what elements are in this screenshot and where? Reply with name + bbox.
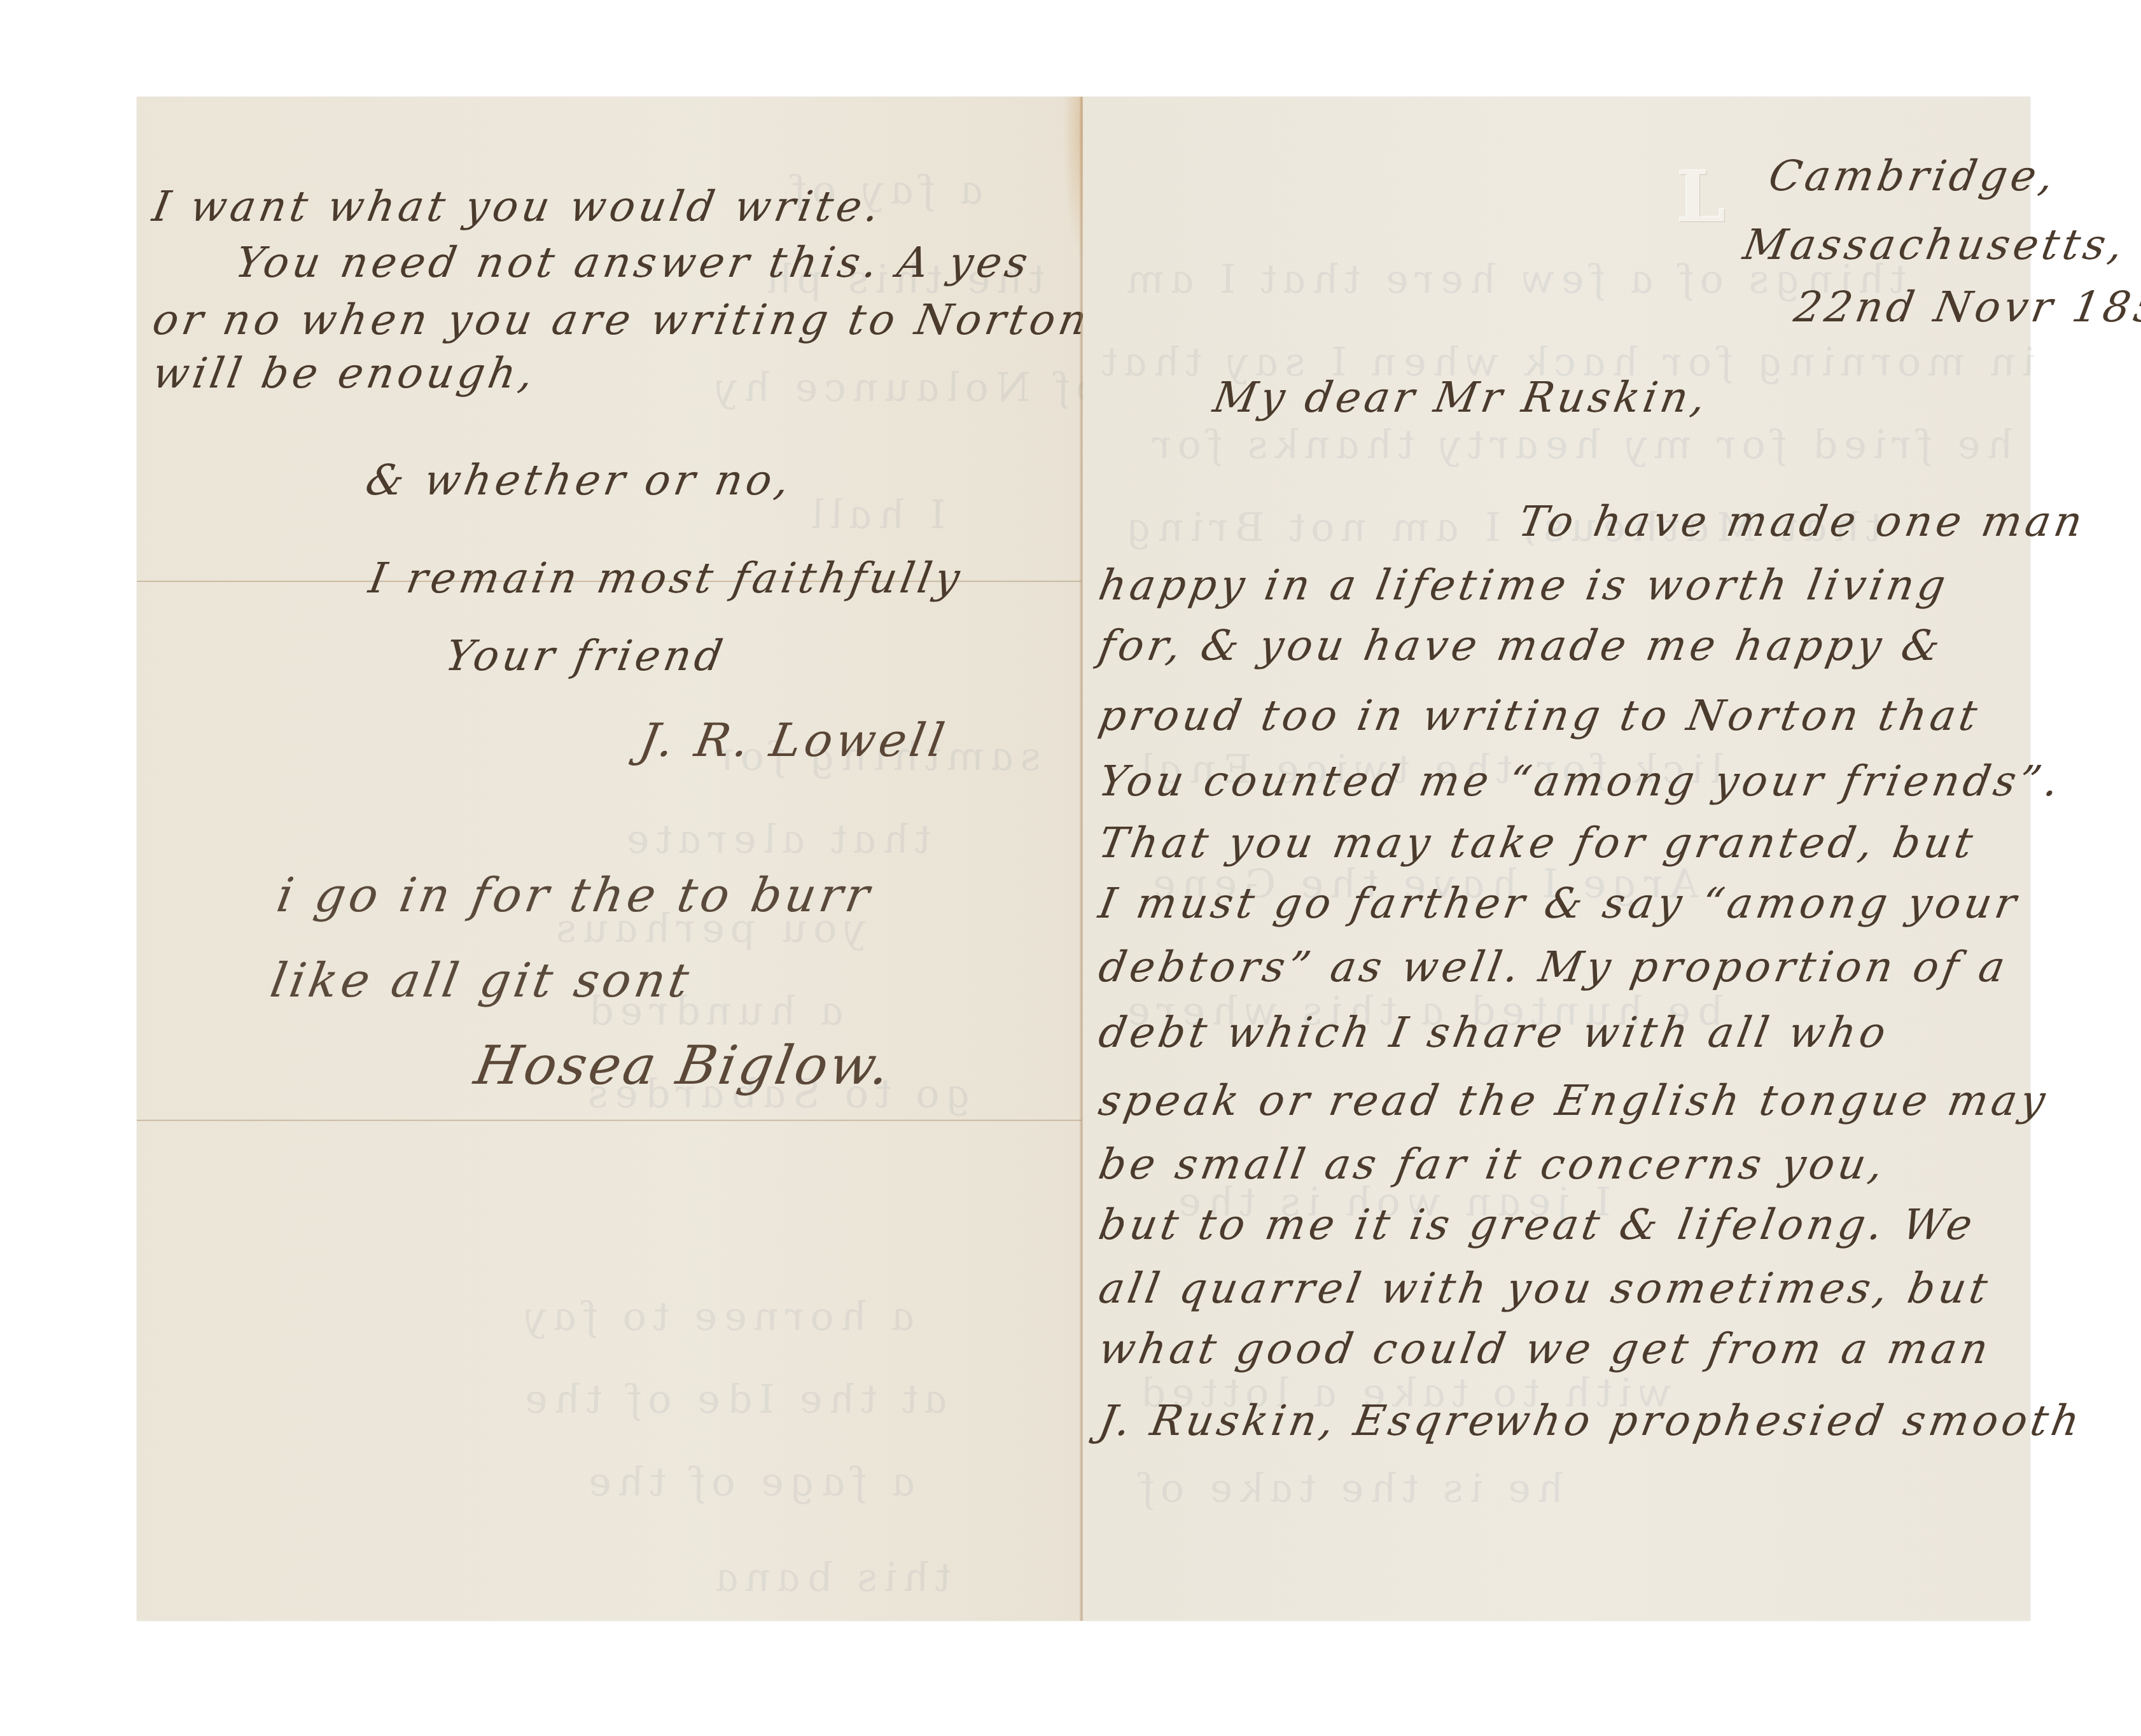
letter-line: happy in a lifetime is worth living xyxy=(1096,564,1952,606)
letter-line: all quarrel with you sometimes, but xyxy=(1096,1268,1994,1310)
letter-line: You need not answer this. A yes xyxy=(232,242,1035,284)
letter-line: or no when you are writing to Norton xyxy=(150,299,1094,341)
letter-line: proud too in writing to Norton that xyxy=(1096,695,1984,737)
bleed-through-text: this bana xyxy=(704,1554,956,1600)
postscript-line: i go in for the to burr xyxy=(274,872,877,919)
horizontal-fold-crease xyxy=(137,1119,1082,1121)
postscript-line: like all git sont xyxy=(267,957,696,1004)
letter-line: for, & you have made me happy & xyxy=(1096,625,1947,667)
bleed-through-text: I hall xyxy=(800,491,950,538)
embossed-monogram: L xyxy=(1677,156,1726,238)
left-page: a fay of the this ph of Nolaunce hy I ha… xyxy=(137,97,1082,1621)
date-line: 22nd Novr 1859. xyxy=(1791,286,2141,328)
signature-lowell: J. R. Lowell xyxy=(636,717,951,763)
letter-line: who prophesied smooth xyxy=(1490,1400,2086,1442)
bleed-through-text: that alerate xyxy=(615,816,936,862)
right-page: things of a few here that I am in mornin… xyxy=(1083,97,2030,1621)
letter-line: You counted me “among your friends”. xyxy=(1096,760,2066,802)
letter-line: To have made one man xyxy=(1516,501,2089,543)
addressee-footer: J. Ruskin, Esqre xyxy=(1096,1400,1501,1442)
letter-line: speak or read the English tongue may xyxy=(1096,1080,2052,1122)
address-line: Massachusetts, xyxy=(1740,224,2130,266)
bleed-through-text: of Nolaunce hy xyxy=(704,364,1105,410)
letter-line: be small as far it concerns you, xyxy=(1096,1144,1890,1186)
bleed-through-text: he is the take of xyxy=(1129,1465,1568,1511)
letter-sheet: a fay of the this ph of Nolaunce hy I ha… xyxy=(137,97,2030,1621)
bleed-through-text: at the Ide of the xyxy=(513,1376,952,1422)
letter-line: I must go farther & say “among your xyxy=(1096,883,2023,925)
closing-line: I remain most faithfully xyxy=(366,557,966,599)
letter-line: debtors” as well. My proportion of a xyxy=(1096,946,2012,988)
letter-line: will be enough, xyxy=(150,353,540,395)
bleed-through-text: a hornee to fay xyxy=(513,1293,920,1340)
address-line: Cambridge, xyxy=(1766,155,2061,197)
closing-line: Your friend xyxy=(442,635,729,677)
letter-line: what good could we get from a man xyxy=(1096,1328,1995,1370)
letter-line: That you may take for granted, but xyxy=(1096,822,1979,864)
letter-line: I want what you would write. xyxy=(150,186,886,228)
letter-line: debt which I share with all who xyxy=(1096,1012,1893,1054)
signature-hosea-biglow: Hosea Biglow. xyxy=(471,1039,896,1092)
bleed-through-text: he fried for my hearty thanks for xyxy=(1141,421,2018,468)
letter-line: but to me it is great & lifelong. We xyxy=(1096,1204,1979,1246)
closing-line: & whether or no, xyxy=(363,459,797,501)
bleed-through-text: a fage of the xyxy=(577,1459,921,1505)
salutation: My dear Mr Ruskin, xyxy=(1210,377,1712,419)
